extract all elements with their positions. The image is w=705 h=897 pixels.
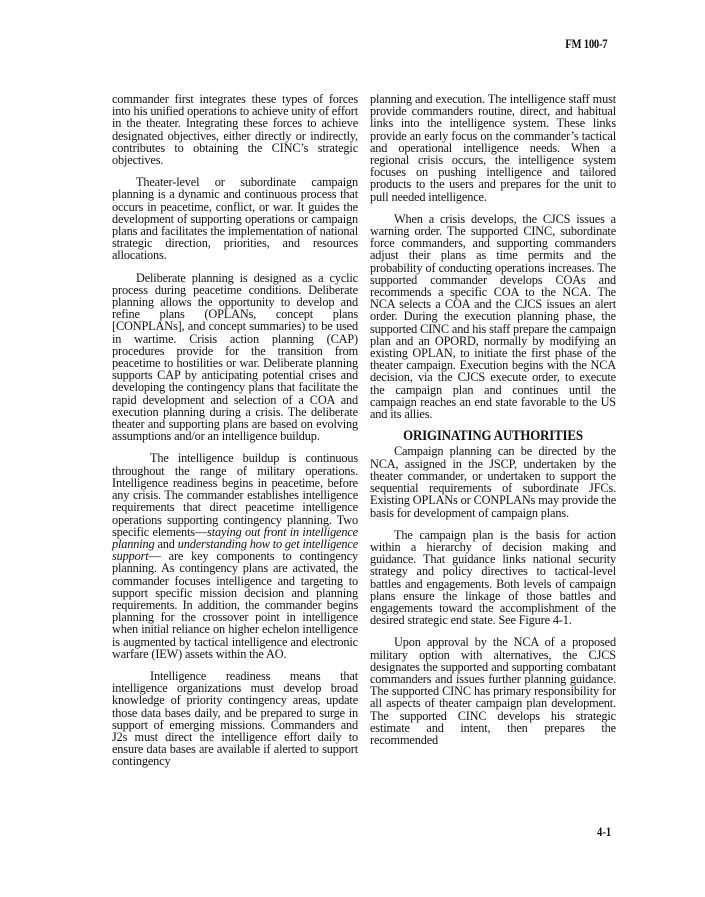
paragraph-continuation: planning and execution. The intelligence… [370,93,616,203]
text-run: — are key components to contingency plan… [112,549,358,661]
paragraph-campaign-planning: Theater-level or subordinate campaign pl… [112,176,358,261]
paragraph-campaign-direction: Campaign planning can be directed by the… [370,445,616,518]
paragraph-intelligence-buildup: The intelligence buildup is continuous t… [112,452,358,659]
paragraph-continuation: commander first integrates these types o… [112,93,358,166]
paragraph-deliberate-planning: Deliberate planning is designed as a cyc… [112,272,358,443]
paragraph-intelligence-readiness: Intelligence readiness means that intell… [112,670,358,768]
paragraph-crisis-develops: When a crisis develops, the CJCS issues … [370,213,616,420]
left-column: commander first integrates these types o… [112,93,358,778]
paragraph-upon-approval: Upon approval by the NCA of a proposed m… [370,636,616,746]
section-heading: ORIGINATING AUTHORITIES [387,430,599,442]
paragraph-campaign-plan-basis: The campaign plan is the basis for actio… [370,529,616,627]
right-column: planning and execution. The intelligence… [370,93,616,756]
page-number: 4-1 [597,825,611,840]
document-id-header: FM 100-7 [565,36,607,52]
